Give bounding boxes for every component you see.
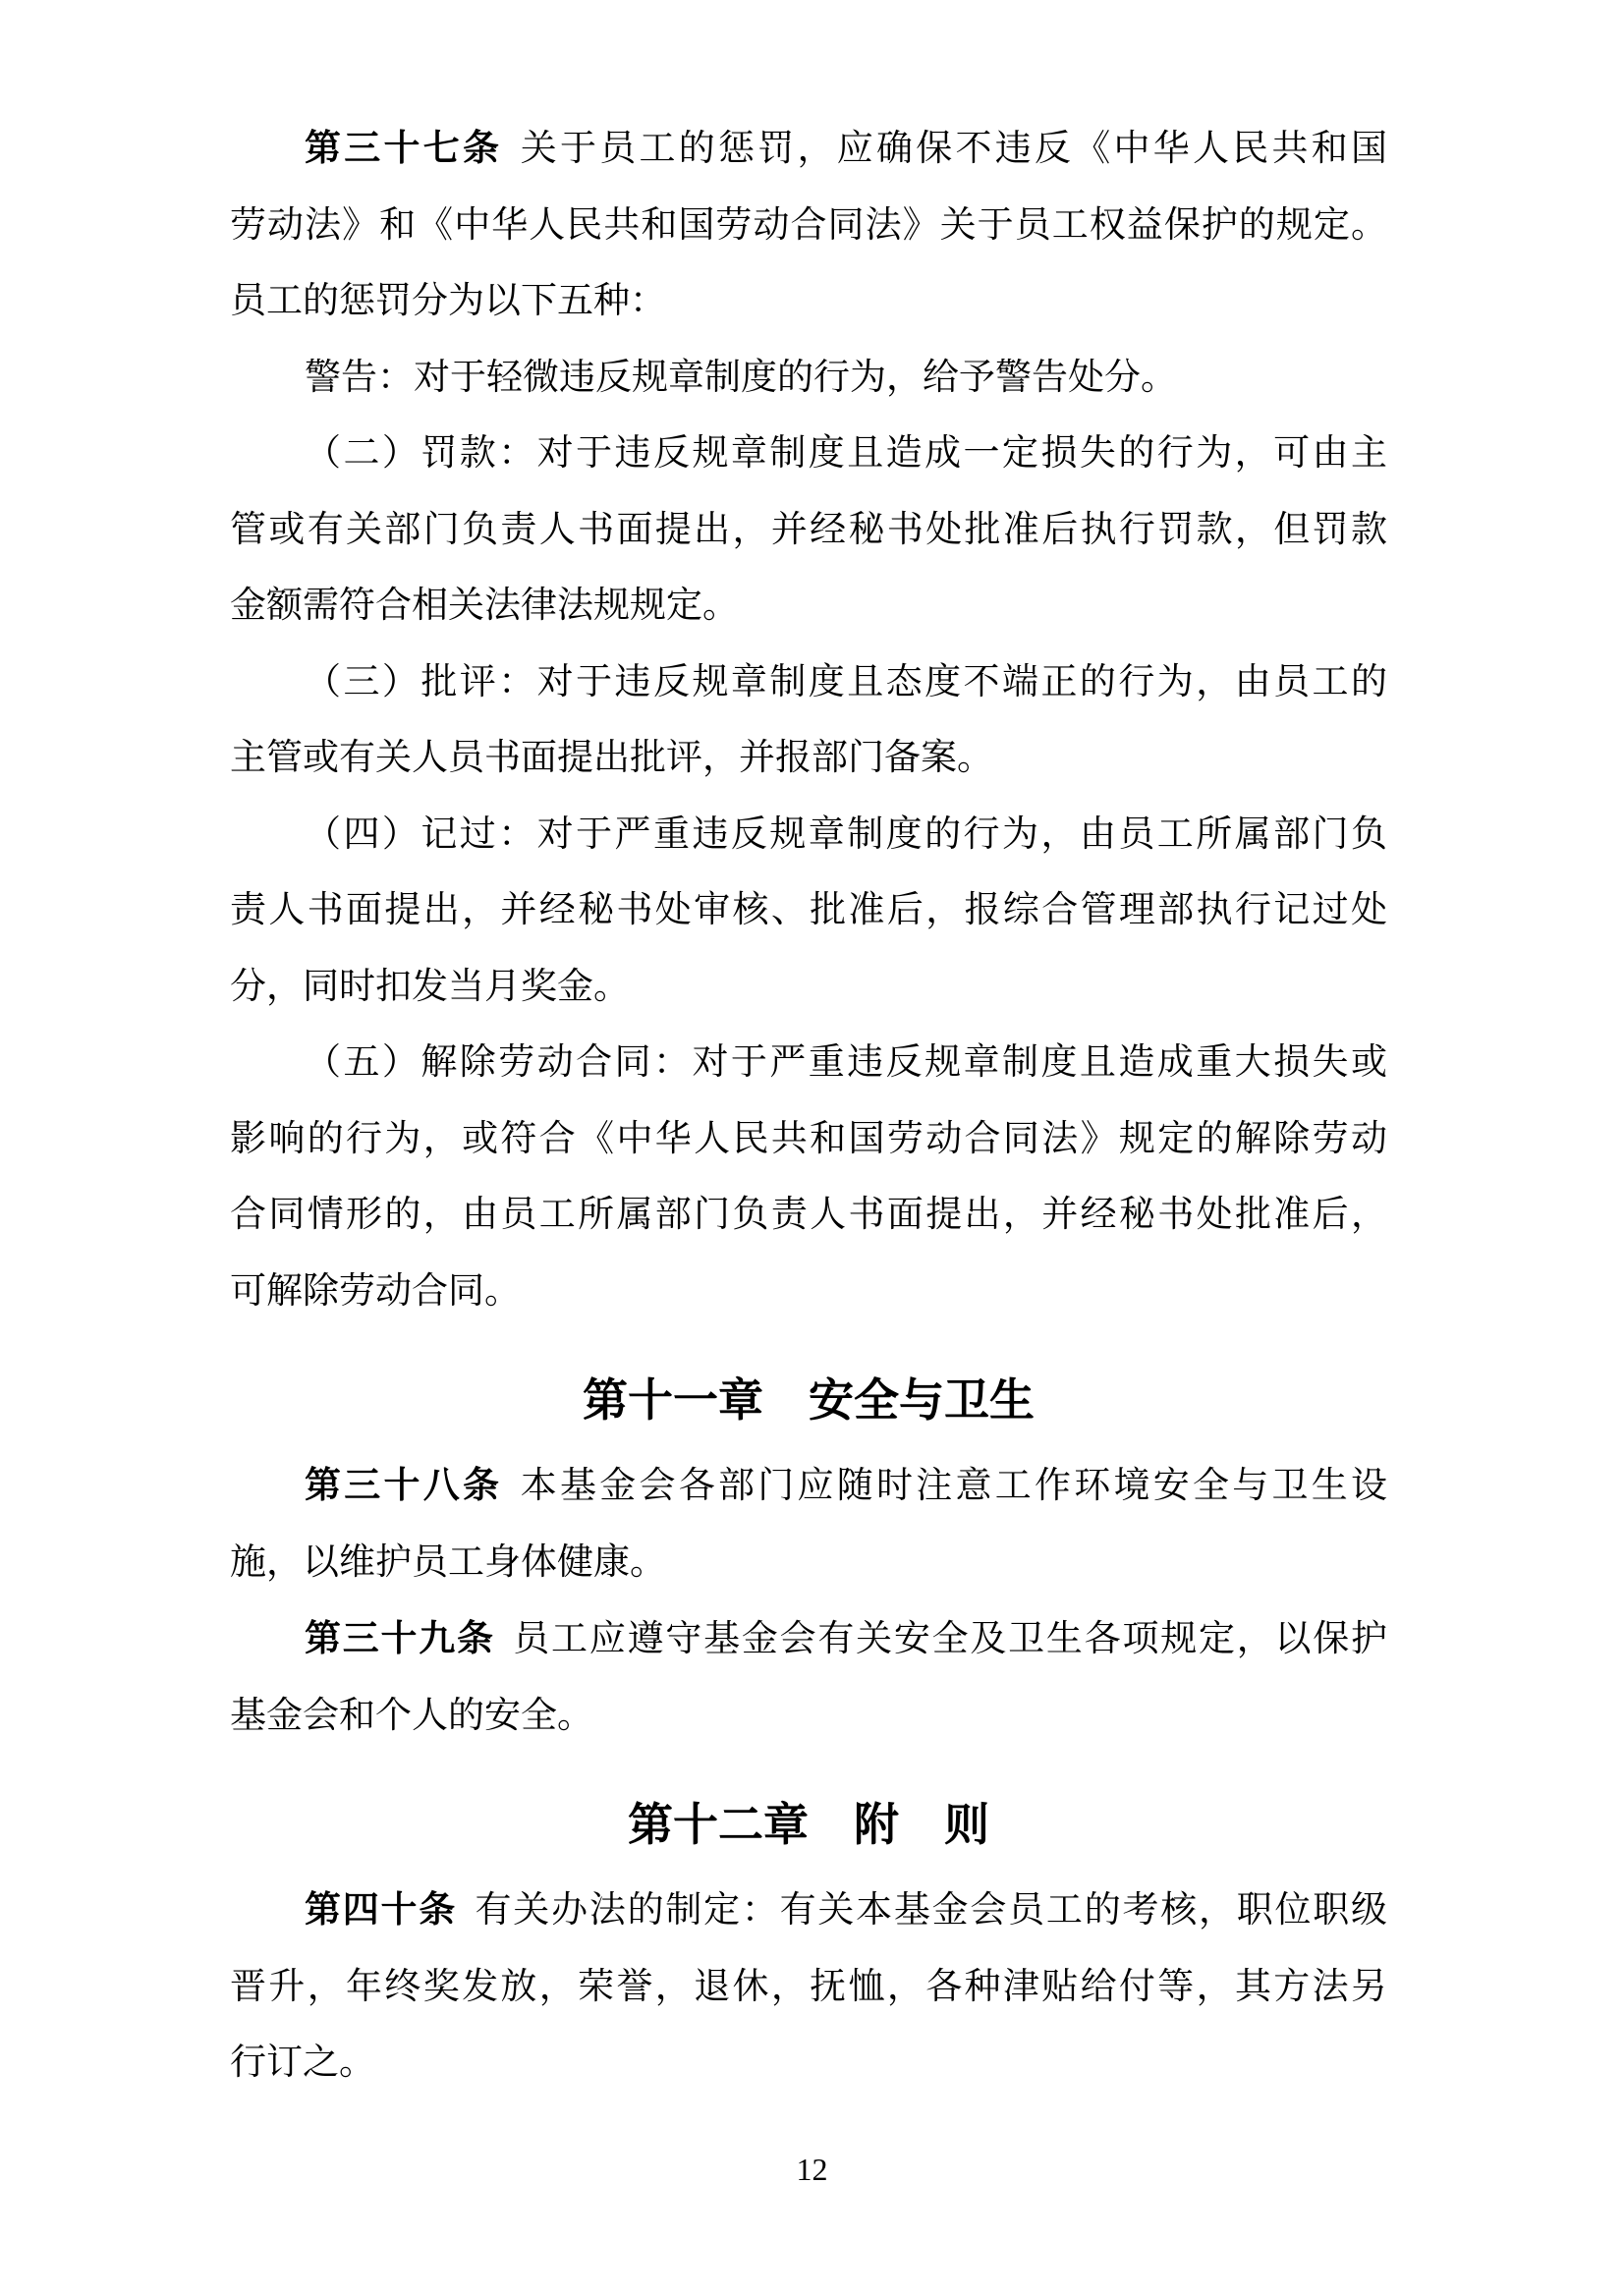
line-text: 有关办法的制定：有关本基金会员工的考核，职位职级 — [476, 1890, 1387, 1931]
text-line: 管或有关部门负责人书面提出，并经秘书处批准后执行罚款，但罚款 — [230, 492, 1387, 569]
text-line: 施，以维护员工身体健康。 — [230, 1525, 1387, 1601]
article-number: 第三十八条 — [305, 1465, 502, 1505]
body-paragraph: 警告：对于轻微违反规章制度的行为，给予警告处分。 — [230, 340, 1387, 417]
article-number: 第三十九条 — [305, 1618, 495, 1658]
body-paragraph: （五）解除劳动合同：对于严重违反规章制度且造成重大损失或影响的行为，或符合《中华… — [230, 1025, 1387, 1329]
article-paragraph: 第三十七条关于员工的惩罚，应确保不违反《中华人民共和国劳动法》和《中华人民共和国… — [230, 110, 1387, 340]
text-line: 晋升，年终奖发放，荣誉，退休，抚恤，各种津贴给付等，其方法另 — [230, 1949, 1387, 2026]
article-paragraph: 第四十条有关办法的制定：有关本基金会员工的考核，职位职级晋升，年终奖发放，荣誉，… — [230, 1872, 1387, 2101]
document-page: 第三十七条关于员工的惩罚，应确保不违反《中华人民共和国劳动法》和《中华人民共和国… — [0, 0, 1624, 2296]
article-number: 第三十七条 — [305, 128, 502, 168]
article-paragraph: 第三十八条本基金会各部门应随时注意工作环境安全与卫生设施，以维护员工身体健康。 — [230, 1447, 1387, 1600]
text-line: 可解除劳动合同。 — [230, 1254, 1387, 1330]
chapter-heading: 第十二章 附 则 — [230, 1777, 1387, 1872]
text-line: （二）罚款：对于违反规章制度且造成一定损失的行为，可由主 — [230, 416, 1387, 492]
body-paragraph: （三）批评：对于违反规章制度且态度不端正的行为，由员工的主管或有关人员书面提出批… — [230, 644, 1387, 797]
text-line: 第三十九条员工应遵守基金会有关安全及卫生各项规定，以保护 — [230, 1600, 1387, 1678]
line-text: 关于员工的惩罚，应确保不违反《中华人民共和国 — [521, 129, 1387, 169]
text-line: 合同情形的，由员工所属部门负责人书面提出，并经秘书处批准后， — [230, 1177, 1387, 1254]
text-line: 第四十条有关办法的制定：有关本基金会员工的考核，职位职级 — [230, 1872, 1387, 1949]
body-paragraph: （二）罚款：对于违反规章制度且造成一定损失的行为，可由主管或有关部门负责人书面提… — [230, 416, 1387, 644]
line-text: 本基金会各部门应随时注意工作环境安全与卫生设 — [521, 1466, 1387, 1506]
text-line: 警告：对于轻微违反规章制度的行为，给予警告处分。 — [230, 340, 1387, 417]
page-number: 12 — [797, 2152, 828, 2187]
line-text: 员工应遵守基金会有关安全及卫生各项规定，以保护 — [513, 1619, 1387, 1659]
text-line: 员工的惩罚分为以下五种： — [230, 263, 1387, 340]
chapter-heading: 第十一章 安全与卫生 — [230, 1353, 1387, 1447]
text-line: 金额需符合相关法律法规规定。 — [230, 568, 1387, 644]
document-body: 第三十七条关于员工的惩罚，应确保不违反《中华人民共和国劳动法》和《中华人民共和国… — [230, 110, 1387, 2101]
text-line: 劳动法》和《中华人民共和国劳动合同法》关于员工权益保护的规定。 — [230, 188, 1387, 264]
text-line: （三）批评：对于违反规章制度且态度不端正的行为，由员工的 — [230, 644, 1387, 721]
text-line: 责人书面提出，并经秘书处审核、批准后，报综合管理部执行记过处 — [230, 872, 1387, 949]
text-line: （四）记过：对于严重违反规章制度的行为，由员工所属部门负 — [230, 797, 1387, 873]
body-paragraph: （四）记过：对于严重违反规章制度的行为，由员工所属部门负责人书面提出，并经秘书处… — [230, 797, 1387, 1026]
text-line: 分，同时扣发当月奖金。 — [230, 949, 1387, 1026]
text-line: 基金会和个人的安全。 — [230, 1678, 1387, 1755]
text-line: 第三十八条本基金会各部门应随时注意工作环境安全与卫生设 — [230, 1447, 1387, 1525]
text-line: 影响的行为，或符合《中华人民共和国劳动合同法》规定的解除劳动 — [230, 1101, 1387, 1178]
page-footer: 12 — [0, 2148, 1624, 2191]
text-line: 行订之。 — [230, 2025, 1387, 2101]
article-number: 第四十条 — [305, 1889, 457, 1930]
text-line: 第三十七条关于员工的惩罚，应确保不违反《中华人民共和国 — [230, 110, 1387, 188]
text-line: （五）解除劳动合同：对于严重违反规章制度且造成重大损失或 — [230, 1025, 1387, 1101]
text-line: 主管或有关人员书面提出批评，并报部门备案。 — [230, 720, 1387, 797]
article-paragraph: 第三十九条员工应遵守基金会有关安全及卫生各项规定，以保护基金会和个人的安全。 — [230, 1600, 1387, 1754]
